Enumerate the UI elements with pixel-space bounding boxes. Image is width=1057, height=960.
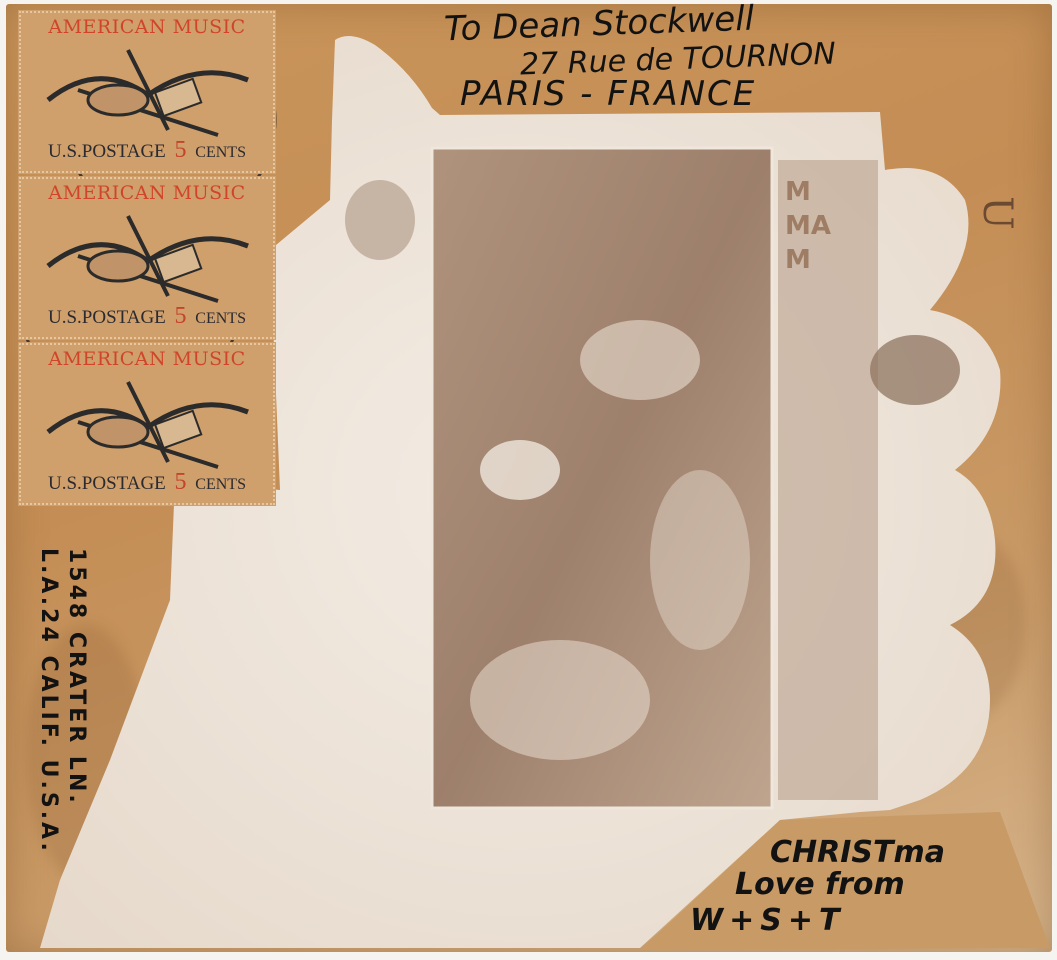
margin-mark: U (974, 196, 1020, 230)
stamp-denomination: 5 (175, 137, 187, 163)
stamp-footer: U.S.POSTAGE 5 CENTS (18, 137, 276, 164)
stamp-label: U.S.POSTAGE (48, 141, 166, 162)
postage-stamp: AMERICAN MUSIC U.S.POSTAGE 5 CENTS (18, 342, 276, 506)
return-address: 1548 CRATER LN. L.A.24 CALIF. U.S.A. (34, 548, 90, 854)
postage-stamp: AMERICAN MUSIC U.S.POSTAGE 5 CENTS (18, 176, 276, 340)
stamp-denomination: 5 (175, 469, 187, 495)
greeting-line-2: Love from (735, 867, 905, 902)
address-line-3: PARIS - FRANCE (460, 74, 756, 114)
lyre-wreath-icon (38, 372, 258, 472)
greeting-line-3: W+S+T (690, 903, 845, 938)
stamp-footer: U.S.POSTAGE 5 CENTS (18, 469, 276, 496)
stamp-title: AMERICAN MUSIC (18, 348, 276, 370)
lyre-wreath-icon (38, 40, 258, 140)
stamp-title: AMERICAN MUSIC (18, 182, 276, 204)
return-address-line-2: L.A.24 CALIF. U.S.A. (34, 548, 62, 854)
postage-stamp: AMERICAN MUSIC U.S.POSTAGE 5 CENTS (18, 10, 276, 174)
print-fragment-text: M MA M (785, 175, 830, 277)
lyre-wreath-icon (38, 206, 258, 306)
stamp-unit: CENTS (195, 144, 246, 161)
stamp-unit: CENTS (195, 310, 246, 327)
stamp-denomination: 5 (175, 303, 187, 329)
stamp-title: AMERICAN MUSIC (18, 16, 276, 38)
stamp-unit: CENTS (195, 476, 246, 493)
greeting-line-1: CHRISTma (770, 835, 945, 870)
return-address-line-1: 1548 CRATER LN. (62, 548, 90, 854)
stamp-label: U.S.POSTAGE (48, 473, 166, 494)
stamp-footer: U.S.POSTAGE 5 CENTS (18, 303, 276, 330)
stamp-label: U.S.POSTAGE (48, 307, 166, 328)
